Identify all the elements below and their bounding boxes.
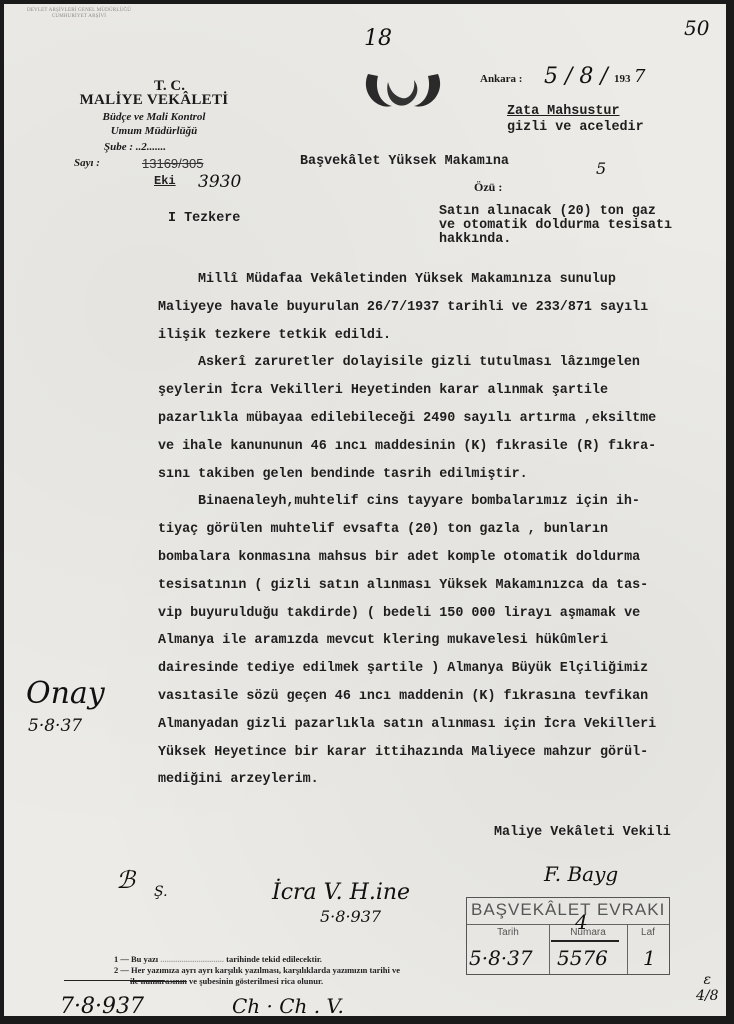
initials-small: Ş.: [154, 884, 168, 900]
body-line: pazarlıkla mübayaa edilebileceği 2490 sa…: [158, 405, 726, 433]
document-page: DEVLET ARŞİVLERİ GENEL MÜDÜRLÜĞÜ CUMHURİ…: [4, 4, 726, 1016]
sayi-label: Sayı :: [74, 157, 100, 169]
body-line: ilişik tezkere tetkik edildi.: [158, 322, 726, 350]
footnotes: 1 — Bu yazı ............................…: [114, 954, 400, 987]
stamp-date-label: Tarih: [467, 927, 549, 938]
registry-stamp: BAŞVEKÂLET EVRAKI Tarih Numara Laf 4 5·8…: [466, 897, 670, 975]
body-line: Yüksek Heyetince bir karar ittihazında M…: [158, 739, 726, 767]
initials-handwritten: ℬ: [116, 866, 135, 894]
recipient-mark: 5: [596, 159, 606, 178]
icra-date: 5·8·937: [320, 907, 381, 926]
body-line: vasıtasile sözü geçen 46 ıncı maddenin (…: [158, 683, 726, 711]
body-line: bombalara konmasına mahsus bir adet komp…: [158, 544, 726, 572]
eki-label: Eki: [154, 174, 176, 188]
year-prefix: 193: [614, 73, 631, 85]
corner-mark: ε 4/8: [696, 972, 719, 1004]
stamp-sheet-value: 1: [643, 946, 656, 970]
stamp-date-value: 5·8·37: [469, 946, 533, 970]
signature-title: Maliye Vekâleti Vekili: [494, 825, 671, 840]
footnote-1-dots: ..............................: [160, 954, 224, 964]
footnote-1-suffix: tarihinde tekid edilecektir.: [226, 954, 322, 964]
footnote-2-struck: ile numarasının: [130, 976, 187, 986]
subject-summary: Satın alınacak (20) ton gaz ve otomatik …: [439, 205, 672, 247]
body-line: Almanyadan gizli pazarlıkla satın alınma…: [158, 711, 726, 739]
department-line1: Büdçe ve Mali Kontrol: [64, 111, 244, 123]
footnote-2: 2 — Her yazımıza ayrı ayrı karşılık yazı…: [114, 965, 400, 976]
archive-subname: CUMHURİYET ARŞİVİ: [4, 14, 154, 20]
body-line: vip buyurulduğu takdirde) ( bedeli 150 0…: [158, 600, 726, 628]
subject-line: hakkında.: [439, 233, 672, 247]
body-line: Maliyeye havale buyurulan 26/7/1937 tari…: [158, 294, 726, 322]
sube-value: ..2.......: [136, 141, 166, 153]
year-handwritten: 7: [634, 66, 645, 87]
eki-handwritten: 3930: [198, 172, 241, 192]
page-mark-top: 18: [364, 26, 392, 51]
bottom-date-handwritten: 7·8·937: [60, 994, 144, 1016]
bottom-initials-handwritten: Ch · Ch . V.: [232, 994, 344, 1016]
recipient: Başvekâlet Yüksek Makamına: [300, 154, 509, 169]
document-type: I Tezkere: [168, 211, 240, 226]
subject-line: ve otomatik doldurma tesisatı: [439, 219, 672, 233]
body-line: tesisatının ( gizli satın alınması Yükse…: [158, 572, 726, 600]
body-line: tiyaç görülen muhtelif evsafta (20) ton …: [158, 516, 726, 544]
strike-line: [64, 980, 164, 981]
department-line2: Umum Müdürlüğü: [64, 125, 244, 137]
sube-field: Şube : ..2.......: [104, 141, 166, 153]
subject-label: Özü :: [474, 180, 502, 195]
subject-line: Satın alınacak (20) ton gaz: [439, 205, 672, 219]
icra-note: İcra V. H.ine: [272, 880, 410, 905]
approval-date: 5·8·37: [28, 716, 82, 736]
body-line: mediğini arzeylerim.: [158, 766, 726, 794]
archive-header: DEVLET ARŞİVLERİ GENEL MÜDÜRLÜĞÜ CUMHURİ…: [4, 8, 154, 20]
stamp-number-label: Numara: [549, 927, 627, 938]
body-line: dairesinde tediye edilmek şartile ) Alma…: [158, 655, 726, 683]
classification-line1: Zata Mahsustur: [507, 104, 620, 119]
letter-body: Millî Müdafaa Vekâletinden Yüksek Makamı…: [158, 266, 726, 794]
classification-line2: gizli ve aceledir: [507, 120, 644, 135]
footnote-1: 1 — Bu yazı ............................…: [114, 954, 400, 965]
body-line: Almanya ile aramızda mevcut klering muka…: [158, 627, 726, 655]
stamp-sheet-label: Laf: [627, 927, 669, 938]
stamp-section-handwritten: 4: [575, 910, 588, 934]
date-handwritten: 5 / 8 /: [544, 64, 608, 89]
body-line: Millî Müdafaa Vekâletinden Yüksek Makamı…: [158, 266, 726, 294]
footnote-2-rest: ve şubesinin gösterilmesi rica olunur.: [187, 976, 323, 986]
sube-label: Şube :: [104, 141, 133, 153]
stamp-number-value: 5576: [557, 946, 608, 970]
body-line: ve ihale kanununun 46 ıncı maddesinin (K…: [158, 433, 726, 461]
ministry-name: MALİYE VEKÂLETİ: [64, 92, 244, 109]
body-line: Binaenaleyh,muhtelif cins tayyare bombal…: [158, 488, 726, 516]
signer-signature: F. Bayg: [544, 862, 618, 886]
footnote-2-continued: ile numarasının ve şubesinin gösterilmes…: [114, 976, 400, 987]
date-label: Ankara :: [480, 73, 522, 85]
body-line: Askerî zaruretler dolayisile gizli tutul…: [158, 349, 726, 377]
approval-handwritten: Onay: [26, 676, 105, 711]
corner-mark-top: ε: [696, 972, 719, 988]
corner-mark-bottom: 4/8: [696, 988, 719, 1004]
stamp-title: BAŞVEKÂLET EVRAKI: [471, 900, 665, 920]
crescent-emblem-icon: [362, 68, 444, 110]
footnote-1-prefix: 1 — Bu yazı: [114, 954, 158, 964]
page-number: 50: [684, 16, 709, 40]
body-line: şeylerin İcra Vekilleri Heyetinden karar…: [158, 377, 726, 405]
body-line: sını takiben gelen bendinde tasrih edilm…: [158, 461, 726, 489]
sayi-value: 13169/305: [142, 156, 203, 171]
